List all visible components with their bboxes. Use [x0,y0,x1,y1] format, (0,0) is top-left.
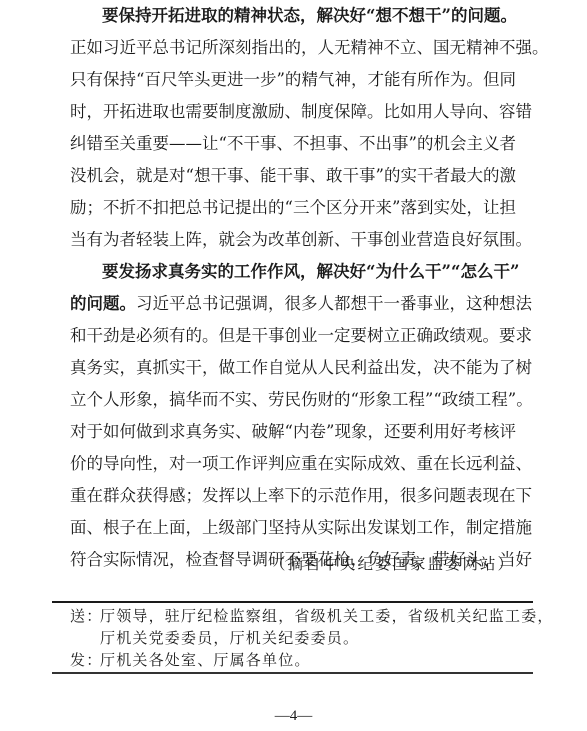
issue-to-line: 发：厅机关各处室、厅属各单位。 [70,649,311,671]
paragraph2-line: 对于如何做到求真务实、破解“内卷”现象，还要利用好考核评 [70,416,516,448]
paragraph2-line: 面、根子在上面，上级部门坚持从实际出发谋划工作，制定措施 [70,512,516,544]
send-to-line: 送：厅领导，驻厅纪检监察组，省级机关工委，省级机关纪监工委， [70,605,554,627]
paragraph1-line: 时，开拓进取也需要制度激励、制度保障。比如用人导向、容错 [70,96,516,128]
paragraph2-line-text: 习近平总书记强调，很多人都想干一番事业，这种想法 [136,294,532,313]
divider-bottom [52,672,533,674]
issue-label: 发： [70,649,100,671]
document-page: 要保持开拓进取的精神状态，解决好“想不想干”的问题。 正如习近平总书记所深刻指出… [0,0,587,731]
paragraph1-line: 只有保持“百尺竿头更进一步”的精气神，才能有所作为。但同 [70,64,516,96]
page-number: —4— [0,708,587,725]
paragraph2-line: 真务实，真抓实干，做工作自觉从人民利益出发，决不能为了树 [70,352,516,384]
paragraph2-line: 立个人形象，搞华而不实、劳民伤财的“形象工程”“政绩工程”。 [70,384,516,416]
paragraph1-heading: 要保持开拓进取的精神状态，解决好“想不想干”的问题。 [102,0,516,32]
paragraph2-heading: 要发扬求真务实的工作作风，解决好“为什么干”“怎么干” [102,256,516,288]
source-citation: （摘自中央纪委国家监委网站） [270,550,515,578]
divider-top [52,601,533,603]
paragraph2-line: 重在群众获得感；发挥以上率下的示范作用，很多问题表现在下 [70,480,516,512]
paragraph1-line: 励；不折不扣把总书记提出的“三个区分开来”落到实处，让担 [70,192,516,224]
paragraph1-line: 当有为者轻装上阵，就会为改革创新、干事创业营造良好氛围。 [70,224,516,256]
paragraph2-line: 和干劲是必须有的。但是干事创业一定要树立正确政绩观。要求 [70,320,516,352]
paragraph2-line: 的问题。习近平总书记强调，很多人都想干一番事业，这种想法 [70,288,516,320]
issue-recipients: 厅机关各处室、厅属各单位。 [100,651,311,669]
send-recipients: 厅领导，驻厅纪检监察组，省级机关工委，省级机关纪监工委， [100,607,554,625]
paragraph1-line: 正如习近平总书记所深刻指出的，人无精神不立、国无精神不强。 [70,32,516,64]
send-label: 送： [70,605,100,627]
paragraph2-line: 价的导向性，对一项工作评判应重在实际成效、重在长远利益、 [70,448,516,480]
send-to-line-continued: 厅机关党委委员，厅机关纪委委员。 [100,627,359,649]
paragraph1-line: 纠错至关重要——让“不干事、不担事、不出事”的机会主义者 [70,128,516,160]
paragraph2-heading-end: 的问题。 [70,294,136,313]
paragraph1-line: 没机会，就是对“想干事、能干事、敢干事”的实干者最大的激 [70,160,516,192]
